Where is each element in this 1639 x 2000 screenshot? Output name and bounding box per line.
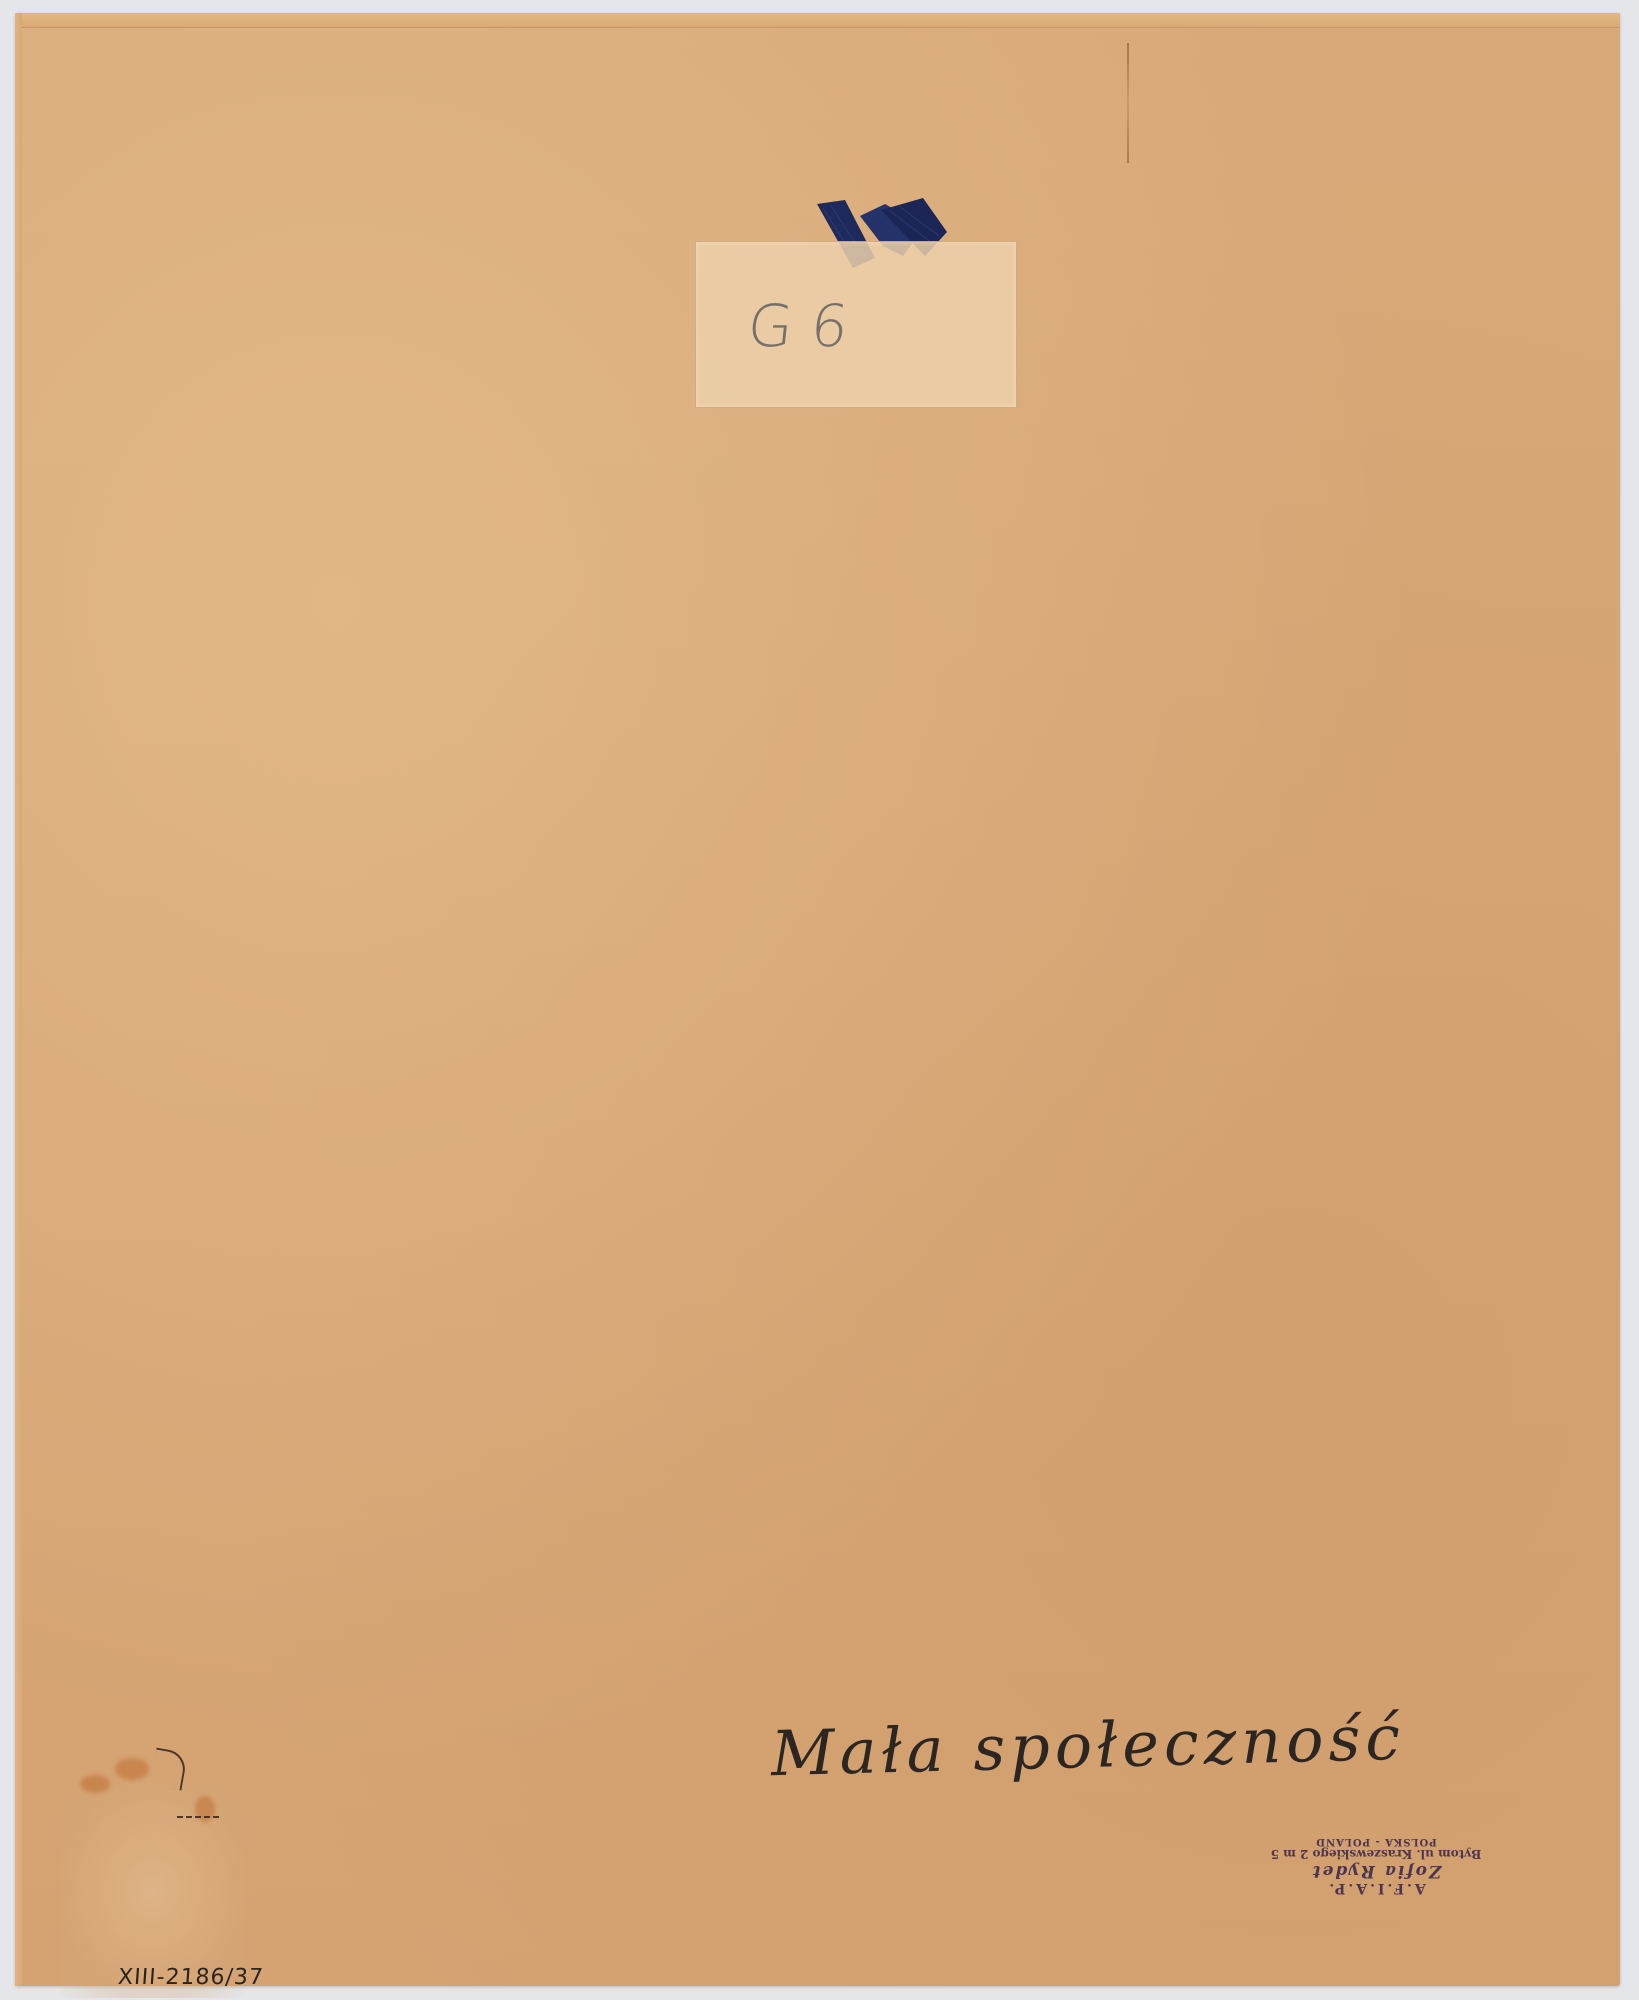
stain-mark xyxy=(80,1775,110,1793)
stamp-line: A.F.I.A.P. xyxy=(1261,1880,1491,1896)
stamp-line: POLSKA - POLAND xyxy=(1261,1835,1491,1847)
label-code: G6 xyxy=(744,292,869,360)
stamp-line: Bytom ul. Kraszewskiego 2 m 5 xyxy=(1261,1847,1491,1861)
pencil-dash xyxy=(177,1816,219,1818)
stamp-line: Zofia Rydet xyxy=(1261,1860,1491,1880)
photographer-stamp: A.F.I.A.P. Zofia Rydet Bytom ul. Kraszew… xyxy=(1261,1835,1491,1896)
cardboard-backing: G6 Mała społeczność A.F.I.A.P. Zofia Ryd… xyxy=(15,13,1620,1986)
stain-mark xyxy=(195,1796,215,1822)
pencil-crease-line xyxy=(1127,43,1129,163)
inventory-number: XIII-2186/37 xyxy=(117,1965,265,1990)
paper-tape-label: G6 xyxy=(695,241,1017,408)
stain-mark xyxy=(115,1758,149,1780)
handwritten-title: Mała społeczność xyxy=(770,1701,1406,1791)
pencil-scribble xyxy=(150,1748,188,1791)
